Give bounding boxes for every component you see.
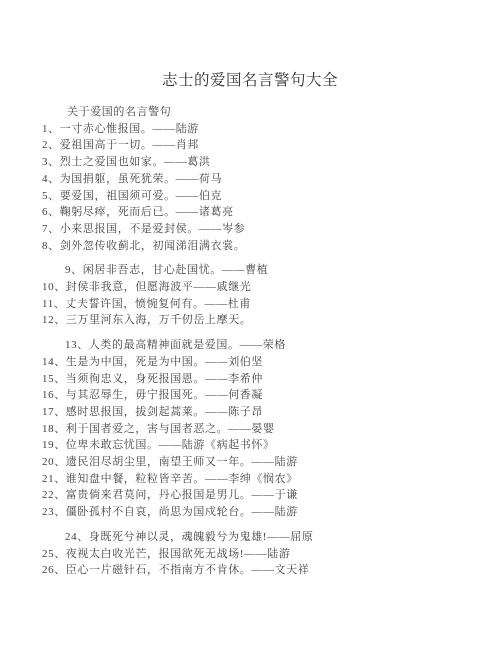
quote-item: 25、夜视太白收光芒，报国欲死无战场!——陆游 [42,546,500,563]
quote-item: 14、生是为中国，死是为中国。——刘伯坚 [42,354,500,371]
quote-list: 关于爱国的名言警句 1、一寸赤心惟报国。——陆游 2、爱祖国高于一切。——肖邦 … [0,104,500,579]
page-title: 志士的爱国名言警句大全 [0,0,500,90]
quote-item: 16、与其忍辱生，毋宁报国死。——何香凝 [42,387,500,404]
quote-item: 13、人类的最高精神面就是爱国。——荣格 [65,337,500,354]
quote-item: 3、烈士之爱国也如家。——葛洪 [42,154,500,171]
quote-item: 4、为国捐躯，虽死犹荣。——荷马 [42,171,500,188]
quote-item: 17、感时思报国，拔剑起蒿莱。——陈子昂 [42,404,500,421]
quote-item: 26、臣心一片磁针石，不指南方不肯休。——文天祥 [42,562,500,579]
quote-item: 7、小来思报国，不是爱封侯。——岑参 [42,221,500,238]
quote-item: 21、谁知盘中餐，粒粒皆辛苦。——李绅《悯农》 [42,471,500,488]
quote-item: 22、富贵倘来君莫问，丹心报国是男儿。——于谦 [42,487,500,504]
quote-item: 5、要爱国，祖国须可爱。——伯克 [42,188,500,205]
quote-item: 8、剑外忽传收蓟北，初闻涕泪满衣裳。 [42,238,500,255]
document-page: 志士的爱国名言警句大全 关于爱国的名言警句 1、一寸赤心惟报国。——陆游 2、爱… [0,0,500,647]
quote-item: 2、爱祖国高于一切。——肖邦 [42,137,500,154]
quote-item: 15、当须徇忠义，身死报国恩。——李希仲 [42,371,500,388]
quote-item: 23、僵卧孤村不自哀，尚思为国戍轮台。——陆游 [42,504,500,521]
quote-item: 1、一寸赤心惟报国。——陆游 [42,121,500,138]
quote-item: 19、位卑未敢忘忧国。——陆游《病起书怀》 [42,437,500,454]
quote-item: 9、闲居非吾志，甘心赴国忧。——曹植 [65,262,500,279]
quote-item: 24、身既死兮神以灵，魂魄毅兮为鬼雄!——屈原 [65,529,500,546]
quote-item: 11、丈夫誓许国，愤惋复何有。——杜甫 [42,296,500,313]
quote-item: 20、遗民泪尽胡尘里，南望王师又一年。——陆游 [42,454,500,471]
section-intro: 关于爱国的名言警句 [67,104,500,121]
quote-item: 12、三万里河东入海，万千仞岳上摩天。 [42,312,500,329]
quote-item: 6、鞠躬尽瘁，死而后已。——诸葛亮 [42,204,500,221]
quote-item: 18、利于国者爱之，害与国者恶之。——晏婴 [42,421,500,438]
quote-item: 10、封侯非我意，但愿海波平——戚继光 [42,279,500,296]
